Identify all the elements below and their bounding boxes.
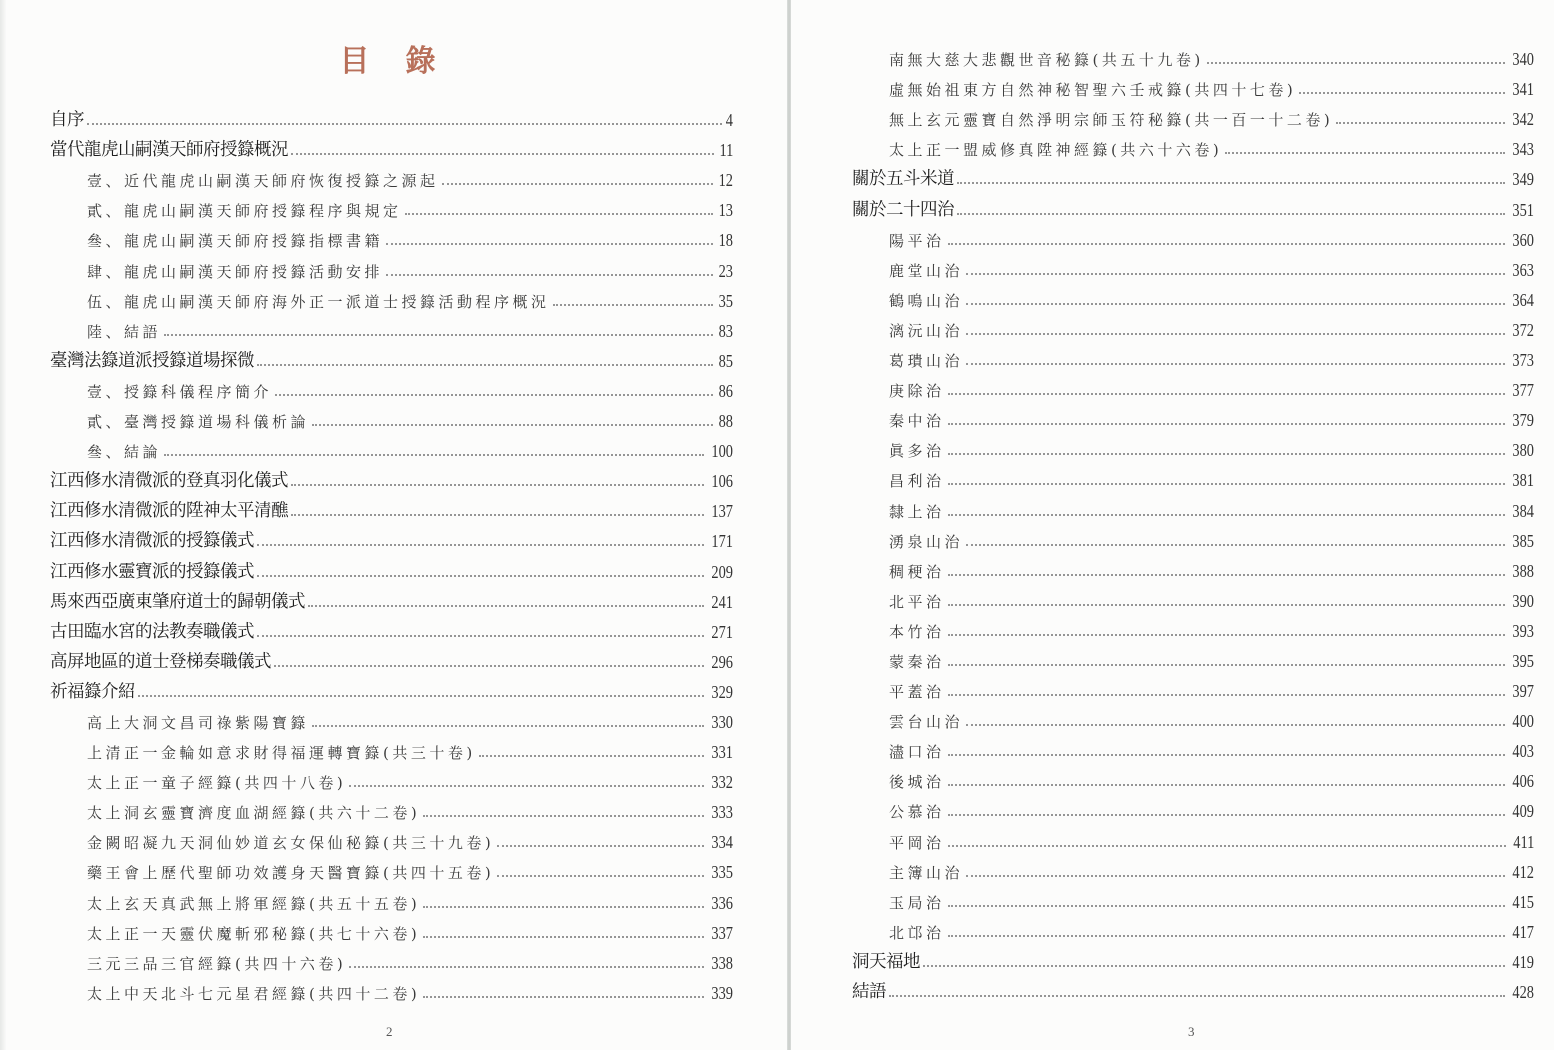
toc-entry-page-number: 415 [1512,892,1534,913]
toc-entry-page-number: 409 [1512,801,1534,822]
dot-leader [87,123,722,125]
right-page: 南無大慈大悲觀世音秘籙(共五十九卷)340虛無始祖東方自然神秘智聖六壬戒籙(共四… [791,0,1554,1050]
toc-entry-label: 濜口治 [889,741,945,762]
toc-entry-page-number: 397 [1512,681,1534,702]
toc-section-entry: 庚除治377 [852,371,1534,401]
dot-leader [948,243,1505,245]
toc-entry-label: 虛無始祖東方自然神秘智聖六壬戒籙(共四十七卷) [889,79,1296,100]
dot-leader [423,936,704,938]
toc-section-entry: 鹿堂山治363 [852,251,1534,281]
dot-leader [349,966,704,968]
toc-entry-page-number: 364 [1512,290,1534,311]
dot-leader [164,334,713,336]
dot-leader [423,906,704,908]
toc-entry-label: 平岡治 [889,832,945,853]
toc-entry-label: 貳、臺灣授籙道場科儀析論 [87,411,309,432]
toc-entry-page-number: 380 [1512,440,1534,461]
toc-section-entry: 雲台山治400 [852,702,1534,732]
toc-entry-page-number: 100 [711,441,733,462]
dot-leader [948,784,1505,786]
toc-section-entry: 眞多治380 [852,431,1534,461]
dot-leader [948,935,1505,937]
toc-section-entry: 壹、授籙科儀程序簡介86 [50,372,733,402]
toc-section-entry: 秦中治379 [852,401,1534,431]
toc-section-entry: 上清正一金輪如意求財得福運轉寶籙(共三十卷)331 [50,733,733,763]
book-spread: 目錄 自序4當代龍虎山嗣漢天師府授籙概況11壹、近代龍虎山嗣漢天師府恢復授籙之源… [0,0,1554,1050]
toc-entry-page-number: 334 [711,832,733,853]
dot-leader [948,664,1505,666]
toc-entry-label: 鶴鳴山治 [889,290,963,311]
toc-section-entry: 濜口治403 [852,732,1534,762]
toc-section-entry: 虛無始祖東方自然神秘智聖六壬戒籙(共四十七卷)341 [852,70,1534,100]
toc-entry-label: 秦中治 [889,410,945,431]
toc-entry-page-number: 351 [1512,200,1534,221]
toc-section-entry: 太上玄天真武無上將軍經籙(共五十五卷)336 [50,883,733,913]
dot-leader [889,995,1505,997]
toc-entry-label: 主簿山治 [889,862,963,883]
toc-entry-label: 太上正一童子經籙(共四十八卷) [87,772,346,793]
toc-entry-page-number: 330 [711,712,733,733]
toc-entry-page-number: 384 [1512,501,1534,522]
toc-chapter-entry: 關於五斗米道349 [852,160,1534,190]
dot-leader [948,574,1505,576]
toc-section-entry: 金闕昭凝九天洞仙妙道玄女保仙秘籙(共三十九卷)334 [50,823,733,853]
dot-leader [957,213,1505,215]
toc-entry-label: 江西修水清微派的授籙儀式 [50,527,254,552]
toc-entry-label: 江西修水清微派的陞神太平清醮 [50,497,288,522]
toc-section-entry: 貳、臺灣授籙道場科儀析論88 [50,402,733,432]
toc-entry-page-number: 86 [719,381,733,402]
toc-chapter-entry: 當代龍虎山嗣漢天師府授籙概況11 [50,131,733,161]
toc-entry-label: 北平治 [889,591,945,612]
toc-entry-page-number: 428 [1512,982,1534,1003]
dot-leader [948,423,1505,425]
left-page: 目錄 自序4當代龍虎山嗣漢天師府授籙概況11壹、近代龍虎山嗣漢天師府恢復授籙之源… [0,0,787,1050]
toc-entry-label: 太上正一天靈伏魔斬邪秘籙(共七十六卷) [87,923,420,944]
toc-entry-page-number: 411 [1513,832,1534,853]
toc-entry-label: 臺灣法籙道派授籙道場探微 [50,347,254,372]
toc-entry-page-number: 85 [719,351,733,372]
toc-entry-label: 貳、龍虎山嗣漢天師府授籙程序與規定 [87,200,402,221]
dot-leader [948,483,1505,485]
toc-section-entry: 太上洞玄靈寶濟度血湖經籙(共六十二卷)333 [50,793,733,823]
toc-entry-label: 叄、龍虎山嗣漢天師府授籙指標書籍 [87,230,383,251]
toc-section-entry: 太上正一天靈伏魔斬邪秘籙(共七十六卷)337 [50,914,733,944]
toc-entry-page-number: 342 [1512,109,1534,130]
toc-section-entry: 南無大慈大悲觀世音秘籙(共五十九卷)340 [852,40,1534,70]
toc-list-left: 自序4當代龍虎山嗣漢天師府授籙概況11壹、近代龍虎山嗣漢天師府恢復授籙之源起12… [50,101,733,1004]
dot-leader [349,785,704,787]
toc-chapter-entry: 江西修水靈寶派的授籙儀式209 [50,552,733,582]
toc-entry-label: 庚除治 [889,380,945,401]
dot-leader [291,514,704,516]
toc-entry-page-number: 88 [719,411,733,432]
toc-entry-page-number: 329 [711,682,733,703]
toc-entry-label: 陽平治 [889,230,945,251]
toc-entry-page-number: 23 [719,261,733,282]
dot-leader [1225,152,1505,154]
toc-chapter-entry: 關於二十四治351 [852,190,1534,220]
toc-section-entry: 高上大洞文昌司祿紫陽寶籙330 [50,703,733,733]
toc-entry-page-number: 372 [1512,320,1534,341]
dot-leader [497,845,704,847]
dot-leader [423,815,704,817]
toc-entry-page-number: 360 [1512,230,1534,251]
toc-section-entry: 無上玄元靈寶自然淨明宗師玉符秘籙(共一百一十二卷)342 [852,100,1534,130]
toc-section-entry: 平蓋治397 [852,672,1534,702]
toc-entry-page-number: 18 [719,230,733,251]
toc-entry-page-number: 171 [711,531,733,552]
toc-section-entry: 陸、結語83 [50,312,733,342]
toc-entry-page-number: 403 [1512,741,1534,762]
toc-list-right: 南無大慈大悲觀世音秘籙(共五十九卷)340虛無始祖東方自然神秘智聖六壬戒籙(共四… [852,40,1534,1003]
dot-leader [966,303,1505,305]
toc-entry-page-number: 4 [726,110,733,131]
toc-entry-page-number: 393 [1512,621,1534,642]
dot-leader [275,394,713,396]
toc-entry-page-number: 338 [711,953,733,974]
toc-entry-label: 高上大洞文昌司祿紫陽寶籙 [87,712,309,733]
toc-section-entry: 陽平治360 [852,221,1534,251]
dot-leader [966,544,1505,546]
toc-entry-label: 江西修水靈寶派的授籙儀式 [50,558,254,583]
toc-entry-label: 關於二十四治 [852,196,954,221]
toc-chapter-entry: 江西修水清微派的登真羽化儀式106 [50,462,733,492]
toc-entry-label: 後城治 [889,771,945,792]
dot-leader [312,725,704,727]
dot-leader [948,905,1505,907]
dot-leader [405,213,713,215]
dot-leader [948,814,1505,816]
toc-section-entry: 本竹治393 [852,612,1534,642]
toc-entry-label: 雲台山治 [889,711,963,732]
toc-entry-label: 陸、結語 [87,321,161,342]
dot-leader [948,604,1505,606]
toc-entry-label: 稠稉治 [889,561,945,582]
toc-entry-page-number: 337 [711,923,733,944]
toc-entry-page-number: 209 [711,562,733,583]
dot-leader [308,605,704,607]
toc-entry-label: 太上中天北斗七元星君經籙(共四十二卷) [87,983,420,1004]
toc-entry-label: 關於五斗米道 [852,165,954,190]
toc-section-entry: 昌利治381 [852,461,1534,491]
toc-entry-label: 漓沅山治 [889,320,963,341]
toc-entry-page-number: 400 [1512,711,1534,732]
toc-entry-page-number: 106 [711,471,733,492]
toc-section-entry: 三元三品三官經籙(共四十六卷)338 [50,944,733,974]
toc-chapter-entry: 洞天福地419 [852,943,1534,973]
toc-section-entry: 肆、龍虎山嗣漢天師府授籙活動安排23 [50,251,733,281]
toc-entry-label: 蒙秦治 [889,651,945,672]
dot-leader [386,243,713,245]
dot-leader [164,454,704,456]
dot-leader [957,182,1505,184]
dot-leader [479,755,704,757]
toc-entry-label: 葛璝山治 [889,350,963,371]
toc-section-entry: 公慕治409 [852,792,1534,822]
toc-section-entry: 漓沅山治372 [852,311,1534,341]
toc-entry-label: 湧泉山治 [889,531,963,552]
toc-section-entry: 平岡治411 [852,822,1534,852]
toc-chapter-entry: 結語428 [852,973,1534,1003]
toc-entry-page-number: 341 [1512,79,1534,100]
dot-leader [948,453,1505,455]
toc-section-entry: 伍、龍虎山嗣漢天師府海外正一派道士授籙活動程序概況35 [50,282,733,312]
dot-leader [1207,62,1505,64]
toc-entry-label: 本竹治 [889,621,945,642]
toc-entry-label: 眞多治 [889,440,945,461]
toc-entry-label: 金闕昭凝九天洞仙妙道玄女保仙秘籙(共三十九卷) [87,832,494,853]
toc-entry-label: 高屏地區的道士登梯奏職儀式 [50,648,271,673]
toc-entry-page-number: 335 [711,862,733,883]
toc-entry-label: 公慕治 [889,801,945,822]
dot-leader [948,845,1506,847]
toc-entry-page-number: 343 [1512,139,1534,160]
toc-entry-label: 洞天福地 [852,948,920,973]
toc-entry-label: 壹、授籙科儀程序簡介 [87,381,272,402]
toc-entry-page-number: 406 [1512,771,1534,792]
page-edge [0,0,6,1050]
toc-entry-label: 上清正一金輪如意求財得福運轉寶籙(共三十卷) [87,742,476,763]
toc-entry-label: 叄、結論 [87,441,161,462]
dot-leader [291,484,704,486]
toc-entry-page-number: 385 [1512,531,1534,552]
toc-entry-page-number: 412 [1512,862,1534,883]
dot-leader [553,304,713,306]
toc-title: 目錄 [0,36,787,80]
toc-entry-page-number: 332 [711,772,733,793]
dot-leader [138,695,704,697]
toc-entry-page-number: 390 [1512,591,1534,612]
toc-section-entry: 太上正一童子經籙(共四十八卷)332 [50,763,733,793]
dot-leader [966,273,1505,275]
toc-entry-label: 古田臨水宮的法教奏職儀式 [50,618,254,643]
toc-entry-page-number: 419 [1512,952,1534,973]
toc-chapter-entry: 高屏地區的道士登梯奏職儀式296 [50,643,733,673]
toc-entry-page-number: 379 [1512,410,1534,431]
toc-entry-page-number: 340 [1512,49,1534,70]
toc-entry-page-number: 331 [711,742,733,763]
dot-leader [948,754,1505,756]
page-number-right: 3 [1188,1024,1195,1040]
toc-entry-label: 江西修水清微派的登真羽化儀式 [50,467,288,492]
toc-chapter-entry: 馬來西亞廣東肇府道士的歸朝儀式241 [50,583,733,613]
dot-leader [948,514,1505,516]
toc-entry-page-number: 241 [711,592,733,613]
dot-leader [966,363,1505,365]
toc-chapter-entry: 江西修水清微派的授籙儀式171 [50,522,733,552]
toc-entry-page-number: 35 [719,291,733,312]
toc-entry-label: 無上玄元靈寶自然淨明宗師玉符秘籙(共一百一十二卷) [889,109,1333,130]
toc-section-entry: 主簿山治412 [852,853,1534,883]
toc-entry-page-number: 13 [719,200,733,221]
dot-leader [497,875,704,877]
dot-leader [312,424,713,426]
toc-section-entry: 貳、龍虎山嗣漢天師府授籙程序與規定13 [50,191,733,221]
toc-entry-label: 鹿堂山治 [889,260,963,281]
toc-entry-page-number: 388 [1512,561,1534,582]
toc-entry-page-number: 271 [711,622,733,643]
toc-chapter-entry: 祈福籙介紹329 [50,673,733,703]
toc-section-entry: 葛璝山治373 [852,341,1534,371]
toc-section-entry: 隸上治384 [852,491,1534,521]
toc-section-entry: 北平治390 [852,582,1534,612]
toc-entry-page-number: 373 [1512,350,1534,371]
toc-entry-label: 馬來西亞廣東肇府道士的歸朝儀式 [50,588,305,613]
toc-entry-page-number: 333 [711,802,733,823]
dot-leader [257,544,704,546]
toc-entry-label: 昌利治 [889,470,945,491]
toc-chapter-entry: 江西修水清微派的陞神太平清醮137 [50,492,733,522]
toc-section-entry: 湧泉山治385 [852,522,1534,552]
dot-leader [966,333,1505,335]
toc-section-entry: 太上正一盟威修真陞神經籙(共六十六卷)343 [852,130,1534,160]
toc-section-entry: 鶴鳴山治364 [852,281,1534,311]
toc-entry-label: 肆、龍虎山嗣漢天師府授籙活動安排 [87,261,383,282]
toc-entry-label: 平蓋治 [889,681,945,702]
dot-leader [257,575,704,577]
dot-leader [274,665,704,667]
toc-section-entry: 太上中天北斗七元星君經籙(共四十二卷)339 [50,974,733,1004]
dot-leader [948,694,1505,696]
dot-leader [948,393,1505,395]
dot-leader [442,183,713,185]
toc-entry-page-number: 349 [1512,169,1534,190]
toc-entry-page-number: 296 [711,652,733,673]
toc-chapter-entry: 古田臨水宮的法教奏職儀式271 [50,613,733,643]
toc-entry-label: 藥王會上歷代聖師功效護身天醫寶籙(共四十五卷) [87,862,494,883]
toc-entry-label: 隸上治 [889,501,945,522]
toc-section-entry: 蒙秦治395 [852,642,1534,672]
toc-entry-page-number: 83 [719,321,733,342]
toc-entry-label: 當代龍虎山嗣漢天師府授籙概況 [50,136,288,161]
toc-entry-page-number: 12 [719,170,733,191]
dot-leader [948,634,1505,636]
dot-leader [386,274,713,276]
toc-entry-label: 太上正一盟威修真陞神經籙(共六十六卷) [889,139,1222,160]
toc-section-entry: 稠稉治388 [852,552,1534,582]
toc-section-entry: 藥王會上歷代聖師功效護身天醫寶籙(共四十五卷)335 [50,853,733,883]
toc-entry-label: 祈福籙介紹 [50,678,135,703]
dot-leader [423,996,704,998]
dot-leader [966,724,1505,726]
toc-entry-label: 伍、龍虎山嗣漢天師府海外正一派道士授籙活動程序概況 [87,291,550,312]
toc-entry-page-number: 381 [1512,470,1534,491]
toc-section-entry: 後城治406 [852,762,1534,792]
toc-entry-page-number: 137 [711,501,733,522]
toc-entry-page-number: 11 [719,140,733,161]
toc-entry-label: 三元三品三官經籙(共四十六卷) [87,953,346,974]
toc-entry-page-number: 377 [1512,380,1534,401]
toc-entry-page-number: 363 [1512,260,1534,281]
toc-chapter-entry: 臺灣法籙道派授籙道場探微85 [50,342,733,372]
dot-leader [923,965,1505,967]
toc-section-entry: 叄、結論100 [50,432,733,462]
toc-entry-label: 結語 [852,978,886,1003]
toc-entry-label: 壹、近代龍虎山嗣漢天師府恢復授籙之源起 [87,170,439,191]
toc-entry-label: 太上玄天真武無上將軍經籙(共五十五卷) [87,893,420,914]
toc-entry-page-number: 395 [1512,651,1534,672]
toc-entry-page-number: 339 [711,983,733,1004]
dot-leader [1299,92,1505,94]
toc-entry-label: 自序 [50,106,84,131]
dot-leader [291,153,714,155]
toc-entry-page-number: 336 [711,893,733,914]
toc-entry-label: 南無大慈大悲觀世音秘籙(共五十九卷) [889,49,1204,70]
toc-section-entry: 壹、近代龍虎山嗣漢天師府恢復授籙之源起12 [50,161,733,191]
dot-leader [257,635,704,637]
toc-section-entry: 玉局治415 [852,883,1534,913]
toc-section-entry: 叄、龍虎山嗣漢天師府授籙指標書籍18 [50,221,733,251]
toc-entry-label: 北邙治 [889,922,945,943]
toc-chapter-entry: 自序4 [50,101,733,131]
toc-entry-page-number: 417 [1512,922,1534,943]
toc-section-entry: 北邙治417 [852,913,1534,943]
dot-leader [257,364,713,366]
toc-entry-label: 玉局治 [889,892,945,913]
toc-entry-label: 太上洞玄靈寶濟度血湖經籙(共六十二卷) [87,802,420,823]
dot-leader [1336,122,1505,124]
page-number-left: 2 [386,1024,393,1040]
dot-leader [966,875,1505,877]
